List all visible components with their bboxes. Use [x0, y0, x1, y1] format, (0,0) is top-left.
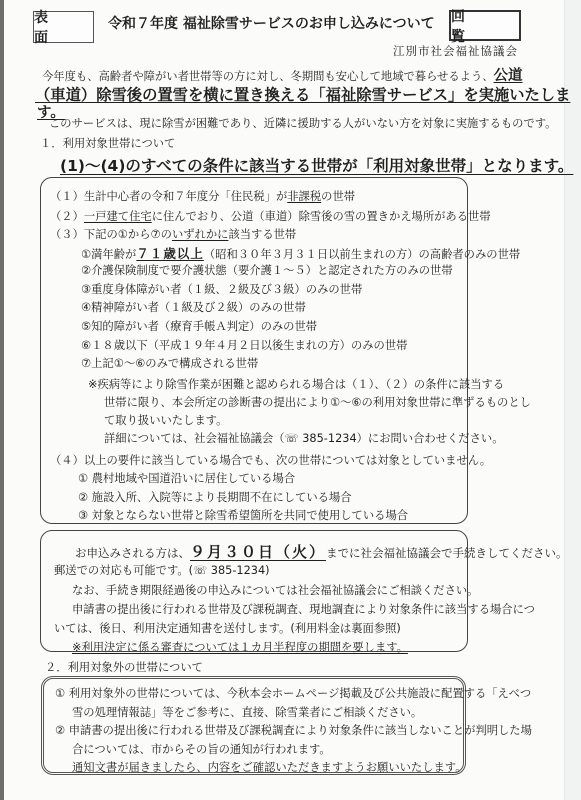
ineligible-item-1-line-2: 雪の処理情報誌」等をご参考に、直接、除雪業者にご相談ください。	[72, 704, 422, 720]
condition-2: （２）一戸建て住宅に住んでおり、公道（車道）除雪後の雪の置きかえ場所がある世帯	[50, 208, 491, 224]
condition-3-item-5: ⑤知的障がい者（療育手帳Ａ判定）のみの世帯	[81, 318, 317, 334]
condition-3-prefix: （３）下記の①から⑦の	[50, 228, 172, 241]
condition-2-emphasis: 一戸建て住宅	[84, 210, 152, 223]
condition-3-item-1: ①満年齢が７１歳以上（昭和３０年３月３１日以前生まれの方）の高齢者のみの世帯	[81, 244, 520, 262]
condition-4-heading: （４）以上の要件に該当している場合でも、次の世帯については対象としていません。	[50, 452, 491, 468]
scan-right-margin	[564, 0, 581, 800]
condition-1-text: （１）生計中心者の令和７年度分「住民税」が	[50, 190, 287, 203]
page-title: 令和７年度 福祉除雪サービスのお申し込みについて	[108, 13, 435, 33]
intro-line-1: 今年度も、高齢者や障がい者世帯等の方に対し、冬期間も安心して地域で暮らせるよう、…	[42, 64, 523, 85]
condition-3-emphasis: いずれかに	[172, 228, 229, 241]
medical-note-line-3: て取り扱いいたします。	[104, 412, 227, 428]
condition-3-item-2: ②介護保険制度で要介護状態（要介護１～５）と認定された方のみの世帯	[81, 262, 453, 278]
section-1-heading: １．利用対象世帯について	[40, 135, 175, 151]
intro-service-description: このサービスは、現に除雪が困難であり、近隣に援助する人がいない方を対象に実施する…	[49, 115, 556, 131]
condition-3-suffix: 該当する世帯	[228, 228, 296, 241]
exclusion-item-1: ① 農村地域や国道沿いに居住している場合	[78, 470, 295, 486]
circulation-stamp: 回 覧	[451, 6, 519, 46]
medical-note-line-1: ※疾病等により除雪作業が困難と認められる場合は（１）、（２）の条件に該当する	[88, 376, 504, 392]
condition-1: （１）生計中心者の令和７年度分「住民税」が非課税の世帯	[50, 188, 355, 204]
contact-info: 詳細については、社会福祉協議会（☏ 385-1234）にお問い合わせください。	[104, 430, 504, 446]
condition-1-emphasis: 非課税	[287, 190, 321, 203]
item-1-prefix: ①満年齢が	[81, 248, 136, 261]
ineligible-item-2-line-3: 通知文書が届きましたら、内容をご確認いただきますようお願いいたします。	[72, 759, 467, 775]
ineligible-item-2-line-1: ② 申請書の提出後に行われる世帯及び課税調査により対象条件に該当しないことが判明…	[55, 722, 532, 738]
side-label-box: 表 面	[33, 11, 94, 43]
intro-emphasis-line-2: （車道）除雪後の置雪を横に置き換える「福祉除雪サービス」を実施いたしま	[35, 83, 570, 105]
intro-text: 今年度も、高齢者や障がい者世帯等の方に対し、冬期間も安心して地域で暮らせるよう、	[42, 70, 494, 83]
ineligible-item-1-line-1: ① 利用対象外の世帯については、今秋本会ホームページ掲載及び公共施設に配置する「…	[55, 685, 531, 701]
condition-2-text: に住んでおり、公道（車道）除雪後の雪の置きかえ場所がある世帯	[152, 210, 491, 223]
condition-3-item-6: ⑥１８歳以下（平成１９年４月２日以後生まれの方）のみの世帯	[81, 337, 407, 353]
condition-2-prefix: （２）	[50, 210, 84, 223]
scan-left-edge	[0, 0, 4, 800]
condition-3: （３）下記の①から⑦のいずれかに該当する世帯	[50, 226, 296, 242]
condition-3-item-3: ③重度身体障がい者（１級、２級及び３級）のみの世帯	[81, 281, 362, 297]
side-label: 表 面	[34, 7, 93, 47]
medical-note-line-2: 世帯に限り、本会所定の診断書の提出により①～⑥の利用対象世帯に準ずるものとし	[104, 394, 531, 410]
condition-3-item-7: ⑦上記①～⑥のみで構成される世帯	[81, 355, 258, 371]
condition-1-suffix: の世帯	[321, 190, 355, 203]
condition-3-item-4: ④精神障がい者（１級及び２級）のみの世帯	[81, 299, 306, 315]
section-1-subheading: (1)～(4)のすべての条件に該当する世帯が「利用対象世帯」となります。	[60, 154, 573, 176]
item-1-suffix: （昭和３０年３月３１日以前生まれの方）の高齢者のみの世帯	[204, 248, 520, 261]
intro-emphasis-start: 公道	[494, 68, 523, 84]
organization-name: 江別市社会福祉協議会	[393, 43, 518, 59]
exclusion-item-3: ③ 対象とならない世帯と除雪希望箇所を共同で使用している場合	[78, 507, 408, 523]
circulation-stamp-box: 回 覧	[449, 10, 521, 41]
ineligible-item-2-line-2: 合については、市からその旨の通知が行われます。	[72, 741, 331, 757]
section-2-heading: ２．利用対象外の世帯について	[45, 659, 203, 675]
application-box-frame	[40, 530, 468, 652]
exclusion-item-2: ② 施設入所、入院等により長期間不在にしている場合	[78, 489, 352, 505]
item-1-emphasis: ７１歳以上	[136, 246, 204, 261]
